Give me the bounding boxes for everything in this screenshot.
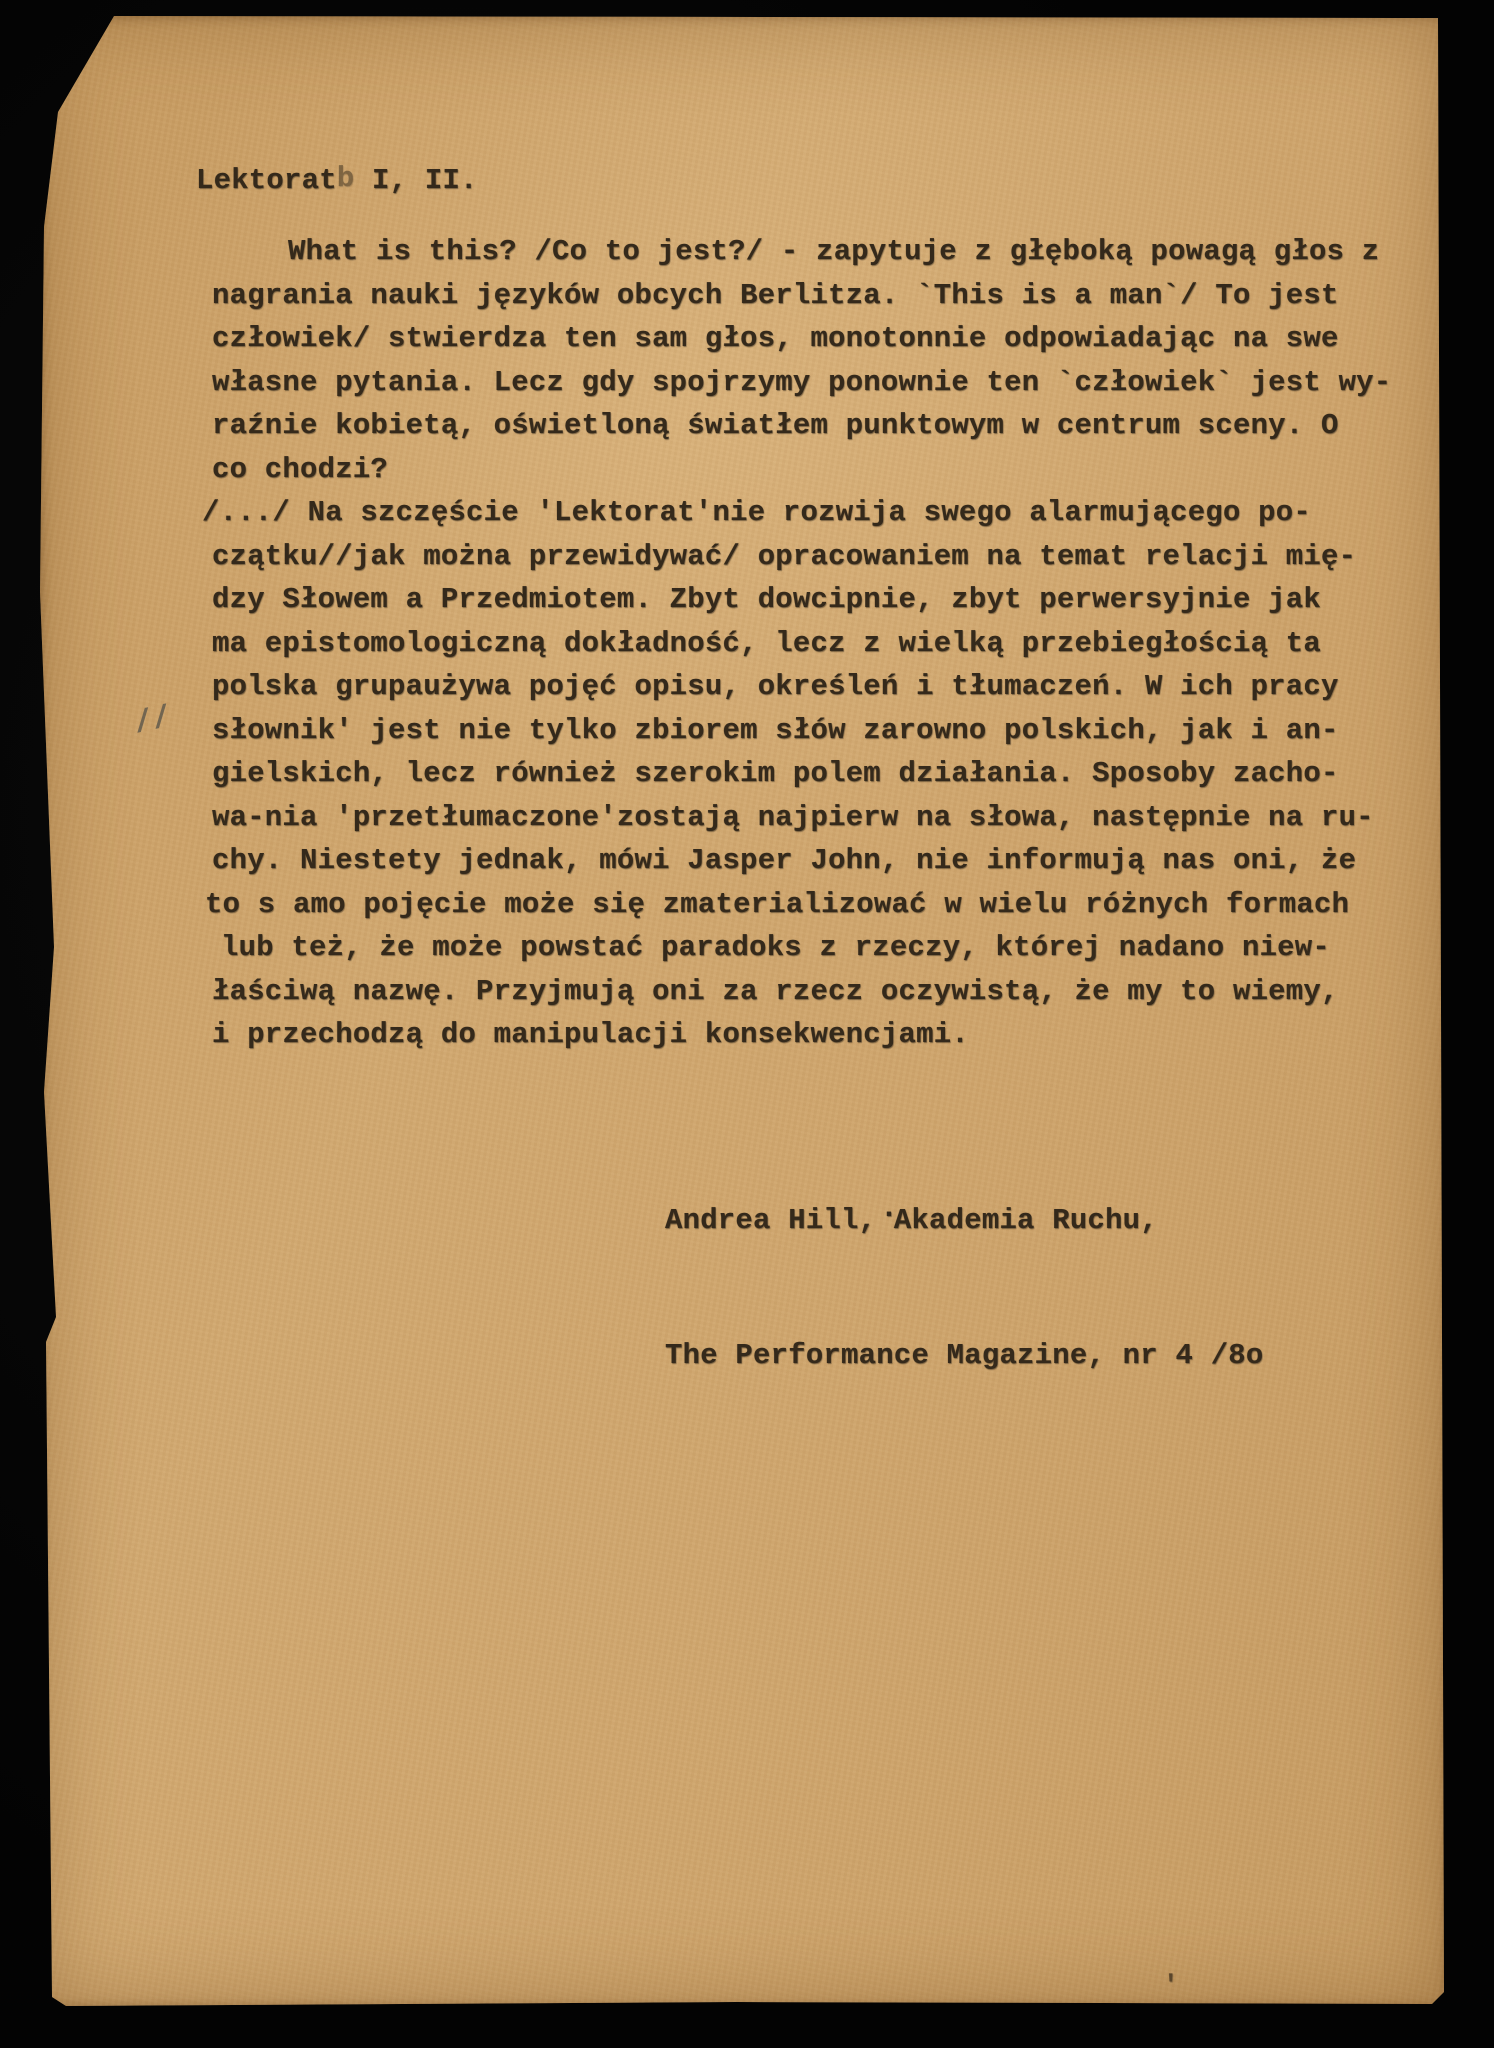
title-rest: I, II. [354,164,477,197]
text-line: własne pytania. Lecz gdy spojrzymy ponow… [212,361,1402,405]
text-line: gielskich, lecz również szerokim polem d… [212,752,1402,796]
text-line: dzy Słowem a Przedmiotem. Zbyt dowcipnie… [212,578,1402,622]
title-ghost-character: b [337,162,355,195]
text-line: polska grupaużywa pojęć opisu, określeń … [212,665,1402,709]
text-line: lub też, że może powstać paradoks z rzec… [221,926,1402,970]
signature-source-line: The Performance Magazine, nr 4 /8o [665,1333,1264,1378]
text-line: nagrania nauki języków obcych Berlitza. … [212,274,1402,318]
stray-ink-dot: . [880,1192,898,1226]
text-line: ma epistomologiczną dokładność, lecz z w… [212,622,1402,666]
scan-background: Lektoratb I, II. // What is this? /Co to… [0,0,1494,2048]
corner-ink-mark: ' [1163,1970,1179,2000]
text-line: chy. Niestety jednak, mówi Jasper John, … [212,839,1402,883]
text-line: człowiek/ stwierdza ten sam głos, monoto… [212,317,1402,361]
text-line: /.../ Na szczęście 'Lektorat'nie rozwija… [202,491,1402,535]
signature-block: Andrea Hill, Akademia Ruchu, The Perform… [665,1108,1264,1468]
document-title: Lektoratb I, II. [196,164,478,197]
text-line: łaściwą nazwę. Przyjmują oni za rzecz oc… [212,970,1402,1014]
text-line: czątku//jak można przewidywać/ opracowan… [212,535,1402,579]
text-line: What is this? /Co to jest?/ - zapytuje z… [212,230,1402,274]
text-line: co chodzi? [212,448,1402,492]
text-line: raźnie kobietą, oświetloną światłem punk… [212,404,1402,448]
signature-author-line: Andrea Hill, Akademia Ruchu, [665,1198,1264,1243]
body-text: What is this? /Co to jest?/ - zapytuje z… [212,230,1402,1057]
text-line: i przechodzą do manipulacji konsekwencja… [212,1013,1402,1057]
text-line: wa-nia 'przetłumaczone'zostają najpierw … [212,796,1402,840]
text-line: to s amo pojęcie może się zmaterializowa… [205,883,1402,927]
title-main: Lektorat [196,164,337,197]
handwritten-margin-mark: // [131,701,175,743]
document-page: Lektoratb I, II. // What is this? /Co to… [36,12,1448,2008]
text-line: słownik' jest nie tylko zbiorem słów zar… [212,709,1402,753]
